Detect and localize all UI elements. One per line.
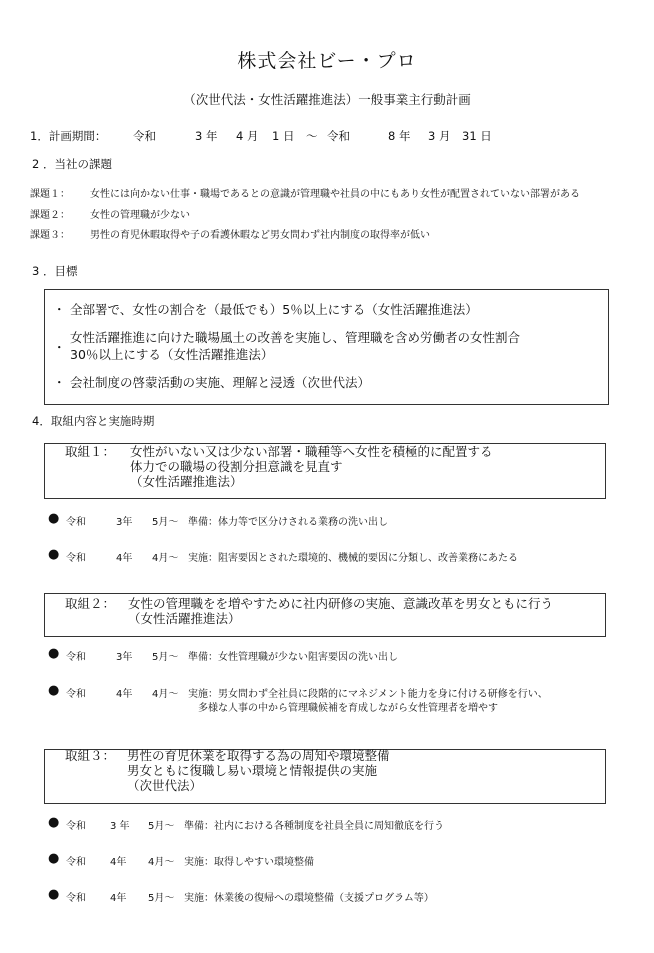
schedule-text: 実施：取得しやすい環境整備 (184, 853, 314, 868)
goal-bullet: ・ (53, 373, 66, 391)
actions-heading: 4．取組内容と実施時期 (32, 413, 154, 429)
period-end-month: 3 月 (428, 128, 450, 144)
schedule-row: ● 令和 3 年 5月～ 準備：社内における各種制度を社員全員に周知徹底を行う (48, 817, 608, 831)
issue-label: 課題１： (30, 185, 70, 200)
goals-box: ・ 全部署で、女性の割合を（最低でも）5％以上にする（女性活躍推進法） ・ 女性… (44, 289, 609, 405)
goals-heading: 3 ．目標 (32, 263, 77, 279)
action-1-box: 取組１： 女性がいない又は少ない部署・職種等へ女性を積極的に配置する 体力での職… (44, 443, 606, 499)
bullet-icon: ● (48, 683, 59, 698)
schedule-year: 4年 (110, 889, 126, 904)
action-line: 男女ともに復職し易い環境と情報提供の実施 (127, 763, 377, 779)
schedule-era: 令和 (66, 513, 86, 528)
schedule-month: 5月～ (148, 817, 174, 832)
action-label: 取組１： (65, 444, 115, 460)
bullet-icon: ● (48, 646, 59, 661)
bullet-icon: ● (48, 887, 59, 902)
action-line: 女性がいない又は少ない部署・職種等へ女性を積極的に配置する (130, 444, 493, 460)
period-end-year: 8 年 (388, 128, 410, 144)
action-line: 体力での職場の役割分担意識を見直す (130, 459, 343, 475)
schedule-year: 4年 (116, 549, 132, 564)
schedule-row: ● 令和 4年 4月～ 実施：男女問わず全社員に段階的にマネジメント能力を身に付… (48, 685, 608, 699)
action-label: 取組２： (65, 596, 115, 612)
schedule-text-cont: 多様な人事の中から管理職候補を育成しながら女性管理者を増やす (198, 699, 498, 714)
schedule-era: 令和 (66, 549, 86, 564)
schedule-month: 4月～ (148, 853, 174, 868)
bullet-icon: ● (48, 511, 59, 526)
period-end-era: 令和 (327, 128, 350, 144)
action-line: （女性活躍推進法） (128, 611, 241, 627)
schedule-year: 3年 (116, 648, 132, 663)
schedule-month: 5月～ (152, 648, 178, 663)
schedule-text: 準備：社内における各種制度を社員全員に周知徹底を行う (184, 817, 444, 832)
issue-label: 課題３： (30, 226, 70, 241)
goal-bullet: ・ (53, 338, 66, 356)
period-tilde: ～ (306, 128, 318, 144)
action-line: 男性の育児休業を取得する為の周知や環境整備 (127, 748, 390, 764)
schedule-text: 実施：休業後の復帰への環境整備（支援プログラム等） (184, 889, 434, 904)
schedule-era: 令和 (66, 648, 86, 663)
issue-text: 女性の管理職が少ない (90, 206, 190, 221)
bullet-icon: ● (48, 851, 59, 866)
schedule-year: 3年 (116, 513, 132, 528)
schedule-row: ● 令和 3年 5月～ 準備：女性管理職が少ない阻害要因の洗い出し (48, 648, 608, 662)
action-label: 取組３： (65, 748, 115, 764)
period-start-month: 4 月 (236, 128, 258, 144)
period-start-year: 3 年 (195, 128, 217, 144)
bullet-icon: ● (48, 547, 59, 562)
schedule-row: ● 令和 4年 4月～ 実施：阻害要因とされた環境的、機械的要因に分類し、改善業… (48, 549, 608, 563)
period-end-day: 31 日 (462, 128, 492, 144)
document-subtitle: （次世代法・女性活躍推進法）一般事業主行動計画 (0, 90, 654, 108)
schedule-month: 5月～ (152, 513, 178, 528)
schedule-month: 5月～ (148, 889, 174, 904)
schedule-row: ● 令和 3年 5月～ 準備：体力等で区分けされる業務の洗い出し (48, 513, 608, 527)
goal-item: 全部署で、女性の割合を（最低でも）5％以上にする（女性活躍推進法） (70, 300, 478, 318)
schedule-era: 令和 (66, 853, 86, 868)
schedule-year: 3 年 (110, 817, 130, 832)
period-label: 1．計画期間： (30, 128, 106, 144)
schedule-text: 実施：男女問わず全社員に段階的にマネジメント能力を身に付ける研修を行い、 (188, 685, 548, 700)
bullet-icon: ● (48, 815, 59, 830)
schedule-text: 準備：女性管理職が少ない阻害要因の洗い出し (188, 648, 398, 663)
schedule-era: 令和 (66, 889, 86, 904)
schedule-text: 実施：阻害要因とされた環境的、機械的要因に分類し、改善業務にあたる (188, 549, 518, 564)
schedule-year: 4年 (110, 853, 126, 868)
schedule-month: 4月～ (152, 549, 178, 564)
schedule-row: ● 令和 4年 5月～ 実施：休業後の復帰への環境整備（支援プログラム等） (48, 889, 608, 903)
period-start-day: 1 日 (272, 128, 294, 144)
goal-item-cont: 30％以上にする（女性活躍推進法） (70, 345, 273, 363)
issues-heading: 2 ．当社の課題 (32, 156, 112, 172)
issue-text: 男性の育児休暇取得や子の看護休暇など男女問わず社内制度の取得率が低い (90, 226, 430, 241)
action-2-box: 取組２： 女性の管理職をを増やすために社内研修の実施、意識改革を男女ともに行う … (44, 593, 606, 637)
schedule-year: 4年 (116, 685, 132, 700)
company-title: 株式会社ビー・プロ (0, 46, 654, 73)
action-line: 女性の管理職をを増やすために社内研修の実施、意識改革を男女ともに行う (128, 596, 553, 612)
schedule-month: 4月～ (152, 685, 178, 700)
schedule-text: 準備：体力等で区分けされる業務の洗い出し (188, 513, 388, 528)
schedule-era: 令和 (66, 685, 86, 700)
action-line: （次世代法） (127, 778, 202, 794)
action-line: （女性活躍推進法） (130, 474, 243, 490)
issue-label: 課題２： (30, 206, 70, 221)
goal-bullet: ・ (53, 300, 66, 318)
action-3-box: 取組３： 男性の育児休業を取得する為の周知や環境整備 男女ともに復職し易い環境と… (44, 749, 606, 804)
goal-item: 会社制度の啓蒙活動の実施、理解と浸透（次世代法） (70, 373, 370, 391)
schedule-era: 令和 (66, 817, 86, 832)
goal-item: 女性活躍推進に向けた職場風土の改善を実施し、管理職を含め労働者の女性割合 (70, 328, 520, 346)
schedule-row: ● 令和 4年 4月～ 実施：取得しやすい環境整備 (48, 853, 608, 867)
period-start-era: 令和 (133, 128, 156, 144)
issue-text: 女性には向かない仕事・職場であるとの意識が管理職や社員の中にもあり女性が配置され… (90, 185, 580, 200)
